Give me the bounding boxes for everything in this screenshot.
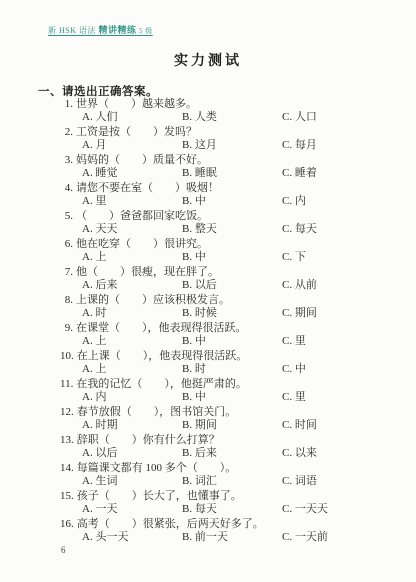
- question-stem: 14.每篇课文都有 100 多个（ ）。: [60, 461, 406, 475]
- question-text: 辞职（ ）你有什么打算？: [77, 434, 220, 446]
- question-options: A. 上 B. 时 C. 中: [60, 363, 406, 376]
- option-a: A. 后来: [82, 279, 182, 292]
- question-item: 9.在课堂（ ），他表现得很活跃。 A. 上 B. 中 C. 里: [60, 321, 406, 348]
- question-item: 2.工资是按（ ）发吗？ A. 月 B. 这月 C. 每月: [60, 125, 406, 152]
- question-stem: 5.（ ）爸爸都回家吃饭。: [60, 209, 406, 223]
- question-number: 11.: [60, 377, 73, 391]
- option-a: A. 以后: [82, 447, 182, 460]
- header-series-label: 新 HSK 语法: [48, 26, 96, 35]
- option-b: B. 这月: [182, 139, 282, 152]
- option-a: A. 时: [82, 307, 182, 320]
- question-item: 16.高考（ ）很紧张，后两天好多了。 A. 头一天 B. 前一天 C. 一天前: [60, 517, 406, 544]
- question-stem: 13.辞职（ ）你有什么打算？: [60, 433, 406, 447]
- question-number: 14.: [60, 461, 74, 475]
- page-number: 6: [61, 545, 66, 555]
- option-b: B. 期间: [182, 419, 282, 432]
- option-a: A. 月: [82, 139, 182, 152]
- question-item: 8.上课的（ ）应该积极发言。 A. 时 B. 时候 C. 期间: [60, 293, 406, 320]
- option-c: C. 下: [282, 251, 406, 264]
- option-b: B. 词汇: [182, 475, 282, 488]
- option-a: A. 上: [82, 251, 182, 264]
- question-options: A. 天天 B. 整天 C. 每天: [60, 223, 406, 236]
- question-number: 1.: [60, 97, 73, 111]
- option-a: A. 一天: [82, 503, 182, 516]
- question-stem: 8.上课的（ ）应该积极发言。: [60, 293, 406, 307]
- question-text: 孩子（ ）长大了，也懂事了。: [77, 490, 242, 502]
- option-b: B. 前一天: [182, 531, 282, 544]
- option-c: C. 期间: [282, 307, 406, 320]
- question-text: （ ）爸爸都回家吃饭。: [76, 210, 208, 222]
- question-options: A. 以后 B. 后来 C. 以来: [60, 447, 406, 460]
- question-text: 春节放假（ ），图书馆关门。: [77, 406, 237, 418]
- question-item: 3.妈妈的（ ）质量不好。 A. 睡觉 B. 睡眠 C. 睡着: [60, 153, 406, 180]
- running-header: 新 HSK 语法 精讲精练 5 级: [48, 23, 153, 36]
- question-options: A. 后来 B. 以后 C. 从前: [60, 279, 406, 292]
- question-number: 2.: [60, 125, 73, 139]
- question-number: 10.: [60, 349, 74, 363]
- question-text: 高考（ ）很紧张，后两天好多了。: [77, 518, 264, 530]
- question-item: 1.世界（ ）越来越多。 A. 人们 B. 人类 C. 人口: [60, 97, 406, 124]
- option-c: C. 每天: [282, 223, 406, 236]
- option-a: A. 睡觉: [82, 167, 182, 180]
- question-text: 每篇课文都有 100 多个（ ）。: [77, 462, 237, 474]
- question-stem: 6.他在吃穿（ ）很讲究。: [60, 237, 406, 251]
- question-options: A. 里 B. 中 C. 内: [60, 195, 406, 208]
- question-stem: 4.请您不要在室（ ）吸烟！: [60, 181, 406, 195]
- question-stem: 2.工资是按（ ）发吗？: [60, 125, 406, 139]
- question-number: 7.: [60, 265, 73, 279]
- option-c: C. 里: [282, 391, 406, 404]
- option-a: A. 上: [82, 363, 182, 376]
- question-item: 10.在上课（ ），他表现得很活跃。 A. 上 B. 时 C. 中: [60, 349, 406, 376]
- option-c: C. 人口: [282, 111, 406, 124]
- option-b: B. 以后: [182, 279, 282, 292]
- question-stem: 9.在课堂（ ），他表现得很活跃。: [60, 321, 406, 335]
- question-text: 在课堂（ ），他表现得很活跃。: [76, 322, 247, 334]
- question-number: 5.: [60, 209, 73, 223]
- question-number: 16.: [60, 517, 74, 531]
- question-item: 5.（ ）爸爸都回家吃饭。 A. 天天 B. 整天 C. 每天: [60, 209, 406, 236]
- option-b: B. 中: [182, 251, 282, 264]
- option-c: C. 一天前: [282, 531, 406, 544]
- question-stem: 15.孩子（ ）长大了，也懂事了。: [60, 489, 406, 503]
- question-item: 4.请您不要在室（ ）吸烟！ A. 里 B. 中 C. 内: [60, 181, 406, 208]
- option-c: C. 中: [282, 363, 406, 376]
- option-c: C. 时间: [282, 419, 406, 432]
- question-text: 他（ ）很瘦，现在胖了。: [76, 266, 219, 278]
- question-item: 15.孩子（ ）长大了，也懂事了。 A. 一天 B. 每天 C. 一天天: [60, 489, 406, 516]
- option-b: B. 中: [182, 391, 282, 404]
- question-text: 工资是按（ ）发吗？: [76, 126, 197, 138]
- option-c: C. 词语: [282, 475, 406, 488]
- question-stem: 12.春节放假（ ），图书馆关门。: [60, 405, 406, 419]
- question-item: 11.在我的记忆（ ），他挺严肃的。 A. 内 B. 中 C. 里: [60, 377, 406, 404]
- option-a: A. 头一天: [82, 531, 182, 544]
- question-options: A. 内 B. 中 C. 里: [60, 391, 406, 404]
- option-a: A. 天天: [82, 223, 182, 236]
- question-options: A. 月 B. 这月 C. 每月: [60, 139, 406, 152]
- question-options: A. 睡觉 B. 睡眠 C. 睡着: [60, 167, 406, 180]
- option-c: C. 一天天: [282, 503, 406, 516]
- option-c: C. 内: [282, 195, 406, 208]
- question-stem: 10.在上课（ ），他表现得很活跃。: [60, 349, 406, 363]
- question-options: A. 生词 B. 词汇 C. 词语: [60, 475, 406, 488]
- option-b: B. 睡眠: [182, 167, 282, 180]
- question-list: 1.世界（ ）越来越多。 A. 人们 B. 人类 C. 人口 2.工资是按（ ）…: [60, 97, 406, 545]
- header-book-title: 精讲精练: [99, 25, 137, 35]
- question-text: 在上课（ ），他表现得很活跃。: [77, 350, 248, 362]
- option-c: C. 每月: [282, 139, 406, 152]
- question-number: 4.: [60, 181, 73, 195]
- question-stem: 3.妈妈的（ ）质量不好。: [60, 153, 406, 167]
- option-b: B. 整天: [182, 223, 282, 236]
- option-a: A. 上: [82, 335, 182, 348]
- option-c: C. 睡着: [282, 167, 406, 180]
- question-number: 9.: [60, 321, 73, 335]
- page-title: 实力测试: [0, 50, 416, 70]
- question-text: 世界（ ）越来越多。: [76, 98, 197, 110]
- question-number: 3.: [60, 153, 73, 167]
- question-number: 8.: [60, 293, 73, 307]
- question-text: 上课的（ ）应该积极发言。: [76, 294, 230, 306]
- question-text: 请您不要在室（ ）吸烟！: [76, 182, 219, 194]
- question-options: A. 头一天 B. 前一天 C. 一天前: [60, 531, 406, 544]
- question-number: 13.: [60, 433, 74, 447]
- question-options: A. 一天 B. 每天 C. 一天天: [60, 503, 406, 516]
- question-stem: 16.高考（ ）很紧张，后两天好多了。: [60, 517, 406, 531]
- option-a: A. 生词: [82, 475, 182, 488]
- textbook-page: 新 HSK 语法 精讲精练 5 级 实力测试 一、请选出正确答案。 1.世界（ …: [0, 0, 416, 582]
- question-options: A. 时期 B. 期间 C. 时间: [60, 419, 406, 432]
- option-a: A. 内: [82, 391, 182, 404]
- option-a: A. 人们: [82, 111, 182, 124]
- question-item: 12.春节放假（ ），图书馆关门。 A. 时期 B. 期间 C. 时间: [60, 405, 406, 432]
- question-number: 15.: [60, 489, 74, 503]
- option-b: B. 时: [182, 363, 282, 376]
- question-stem: 7.他（ ）很瘦，现在胖了。: [60, 265, 406, 279]
- question-text: 妈妈的（ ）质量不好。: [76, 154, 208, 166]
- question-text: 在我的记忆（ ），他挺严肃的。: [76, 378, 247, 390]
- option-c: C. 里: [282, 335, 406, 348]
- question-item: 6.他在吃穿（ ）很讲究。 A. 上 B. 中 C. 下: [60, 237, 406, 264]
- question-stem: 1.世界（ ）越来越多。: [60, 97, 406, 111]
- question-number: 12.: [60, 405, 74, 419]
- option-c: C. 从前: [282, 279, 406, 292]
- option-c: C. 以来: [282, 447, 406, 460]
- option-b: B. 时候: [182, 307, 282, 320]
- question-options: A. 人们 B. 人类 C. 人口: [60, 111, 406, 124]
- question-stem: 11.在我的记忆（ ），他挺严肃的。: [60, 377, 406, 391]
- question-number: 6.: [60, 237, 73, 251]
- question-item: 14.每篇课文都有 100 多个（ ）。 A. 生词 B. 词汇 C. 词语: [60, 461, 406, 488]
- option-b: B. 中: [182, 195, 282, 208]
- header-level-label: 5 级: [139, 27, 153, 35]
- option-a: A. 里: [82, 195, 182, 208]
- question-options: A. 上 B. 中 C. 里: [60, 335, 406, 348]
- option-b: B. 每天: [182, 503, 282, 516]
- option-b: B. 后来: [182, 447, 282, 460]
- option-b: B. 人类: [182, 111, 282, 124]
- question-options: A. 时 B. 时候 C. 期间: [60, 307, 406, 320]
- question-options: A. 上 B. 中 C. 下: [60, 251, 406, 264]
- question-text: 他在吃穿（ ）很讲究。: [76, 238, 208, 250]
- question-item: 7.他（ ）很瘦，现在胖了。 A. 后来 B. 以后 C. 从前: [60, 265, 406, 292]
- option-b: B. 中: [182, 335, 282, 348]
- option-a: A. 时期: [82, 419, 182, 432]
- question-item: 13.辞职（ ）你有什么打算？ A. 以后 B. 后来 C. 以来: [60, 433, 406, 460]
